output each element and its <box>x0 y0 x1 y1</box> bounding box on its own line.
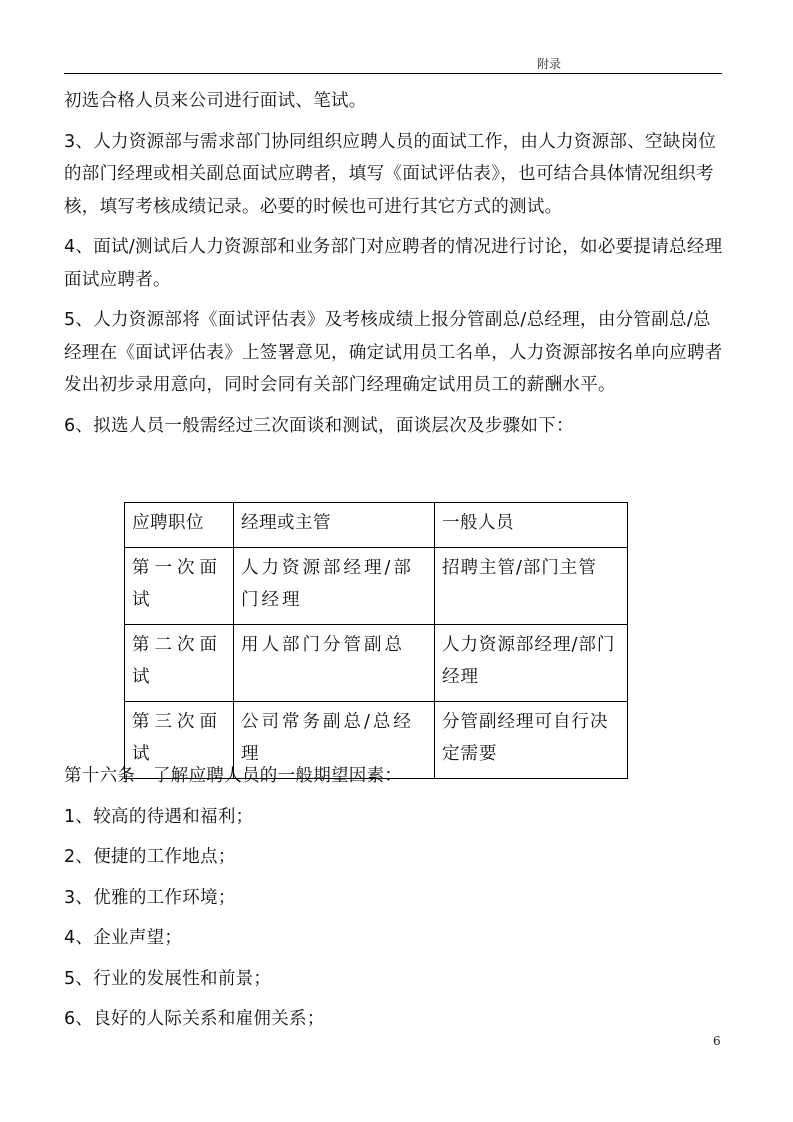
list-item: 2、便捷的工作地点； <box>64 841 724 873</box>
table-cell: 人力资源部经理/部门经理 <box>435 625 628 702</box>
list-item: 3、优雅的工作环境； <box>64 882 724 914</box>
table-header-cell: 应聘职位 <box>125 503 234 548</box>
document-body: 初选合格人员来公司进行面试、笔试。 3、人力资源部与需求部门协同组织应聘人员的面… <box>64 85 724 450</box>
list-item: 1、较高的待遇和福利； <box>64 801 724 833</box>
table-cell: 招聘主管/部门主管 <box>435 548 628 625</box>
paragraph-intro: 初选合格人员来公司进行面试、笔试。 <box>64 85 724 118</box>
table-cell: 第一次面试 <box>125 548 234 625</box>
table-cell: 第二次面试 <box>125 625 234 702</box>
list-item: 5、行业的发展性和前景； <box>64 963 724 995</box>
list-item: 4、企业声望； <box>64 922 724 954</box>
interview-steps-table: 应聘职位 经理或主管 一般人员 第一次面试 人力资源部经理/部门经理 招聘主管/… <box>124 502 628 779</box>
table-header-cell: 经理或主管 <box>234 503 435 548</box>
table-cell: 用人部门分管副总 <box>234 625 435 702</box>
table-header-row: 应聘职位 经理或主管 一般人员 <box>125 503 628 548</box>
table-row: 第一次面试 人力资源部经理/部门经理 招聘主管/部门主管 <box>125 548 628 625</box>
section-title: 第十六条 了解应聘人员的一般期望因素： <box>64 760 724 792</box>
page-number: 6 <box>713 1034 721 1048</box>
header-divider <box>64 73 722 74</box>
table-cell: 人力资源部经理/部门经理 <box>234 548 435 625</box>
table-row: 第二次面试 用人部门分管副总 人力资源部经理/部门经理 <box>125 625 628 702</box>
page-header-label: 附录 <box>537 55 561 72</box>
table-header-cell: 一般人员 <box>435 503 628 548</box>
paragraph-item-6: 6、拟选人员一般需经过三次面谈和测试，面谈层次及步骤如下： <box>64 410 724 443</box>
list-item: 6、良好的人际关系和雇佣关系； <box>64 1003 724 1035</box>
expectation-section: 第十六条 了解应聘人员的一般期望因素： 1、较高的待遇和福利； 2、便捷的工作地… <box>64 760 724 1044</box>
paragraph-item-4: 4、面试/测试后人力资源部和业务部门对应聘者的情况进行讨论，如必要提请总经理面试… <box>64 231 724 296</box>
paragraph-item-5: 5、人力资源部将《面试评估表》及考核成绩上报分管副总/总经理，由分管副总/总经理… <box>64 304 724 402</box>
paragraph-item-3: 3、人力资源部与需求部门协同组织应聘人员的面试工作，由人力资源部、空缺岗位的部门… <box>64 126 724 224</box>
